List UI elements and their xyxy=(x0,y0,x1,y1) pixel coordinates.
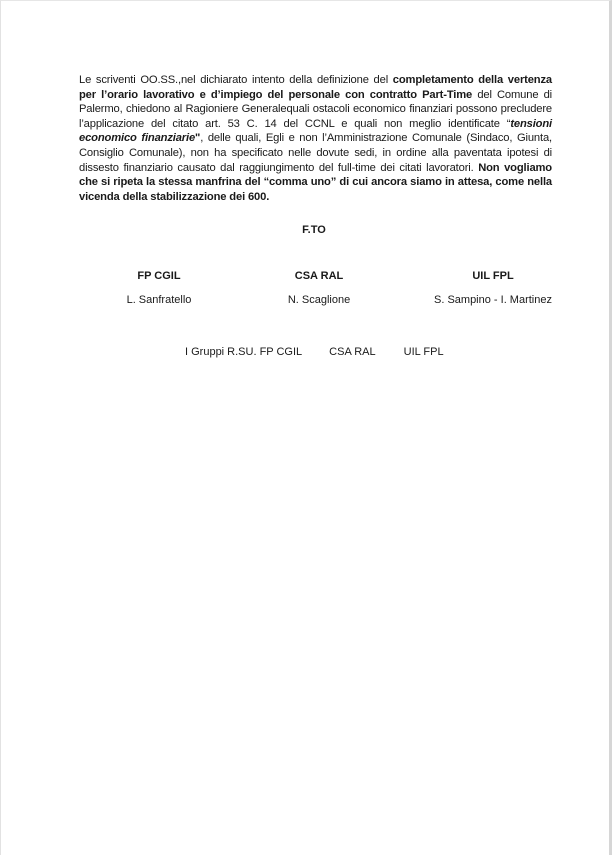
signatory-organization: UIL FPL xyxy=(393,270,593,282)
footer-groups-line: I Gruppi R.SU. FP CGIL CSA RAL UIL FPL xyxy=(185,346,444,358)
signatory-organization: CSA RAL xyxy=(219,270,419,282)
signatory-names: S. Sampino - I. Martinez xyxy=(393,294,593,306)
body-paragraph: Le scriventi OO.SS.,nel dichiarato inten… xyxy=(79,73,552,204)
document-page: Le scriventi OO.SS.,nel dichiarato inten… xyxy=(0,0,612,855)
signature-label: F.TO xyxy=(1,224,612,236)
footer-org: UIL FPL xyxy=(404,346,444,358)
footer-org: CSA RAL xyxy=(329,346,375,358)
signatory-names: N. Scaglione xyxy=(219,294,419,306)
footer-groups-label: I Gruppi R.SU. FP CGIL xyxy=(185,346,302,358)
paragraph-segment: Le scriventi OO.SS.,nel dichiarato inten… xyxy=(79,74,393,86)
